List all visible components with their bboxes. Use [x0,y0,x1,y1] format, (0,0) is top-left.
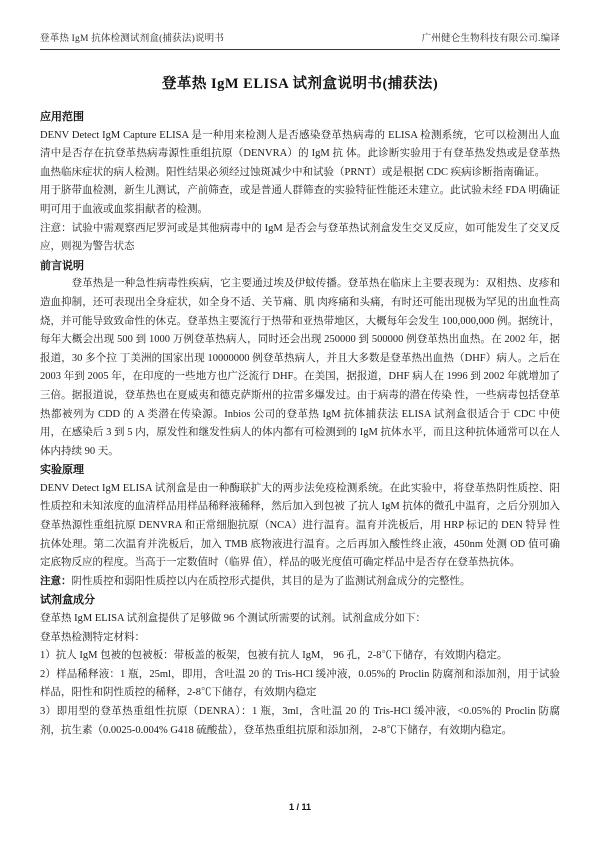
section-application-scope: 应用范围 DENV Detect IgM Capture ELISA 是一种用来… [40,108,560,257]
header-doc-name: 登革热 IgM 抗体检测试剂盒(捕获法)说明书 [40,30,224,44]
document-body: 应用范围 DENV Detect IgM Capture ELISA 是一种用来… [40,108,560,740]
list-item-3: 3）即用型的登革热重组性抗原（DENRA）：1 瓶，3ml，含吐温 20 的 T… [40,703,560,740]
list-item-2: 2）样品稀释液：1 瓶，25ml，即用，含吐温 20 的 Tris-HCl 缓冲… [40,666,560,703]
paragraph: DENV Detect IgM Capture ELISA 是一种用来检测人是否… [40,127,560,183]
page-number: 1 / 11 [289,802,311,812]
paragraph: 登革热检测特定材料： [40,629,560,648]
section-test-principle: 实验原理 DENV Detect IgM ELISA 试剂盒是由一种酶联扩大的两… [40,461,560,591]
list-item-1: 1）抗人 IgM 包被的包被板：带板盖的板架，包被有抗人 IgM， 96 孔，2… [40,647,560,666]
section-heading-test-principle: 实验原理 [40,461,560,480]
document-title: 登革热 IgM ELISA 试剂盒说明书(捕获法) [40,72,560,93]
note-label: 注意： [40,576,72,587]
paragraph: 登革热 IgM ELISA 试剂盒提供了足够做 96 个测试所需要的试剂。试剂盒… [40,610,560,629]
paragraph: DENV Detect IgM ELISA 试剂盒是由一种酶联扩大的两步法免疫检… [40,480,560,573]
section-heading-kit-components: 试剂盒成分 [40,591,560,610]
paragraph: 登革热是一种急性病毒性疾病，它主要通过埃及伊蚊传播。登革热在临床上主要表现为：双… [40,275,560,461]
note-text: 阴性质控和弱阳性质控以内在质控形式提供，其目的是为了监测试剂盒成分的完整性。 [72,576,471,587]
section-heading-foreword: 前言说明 [40,257,560,276]
section-foreword: 前言说明 登革热是一种急性病毒性疾病，它主要通过埃及伊蚊传播。登革热在临床上主要… [40,257,560,462]
header-company-name: 广州健仑生物科技有限公司.编译 [422,30,560,44]
section-kit-components: 试剂盒成分 登革热 IgM ELISA 试剂盒提供了足够做 96 个测试所需要的… [40,591,560,740]
paragraph-note: 注意：试验中需观察西尼罗河或是其他病毒中的 IgM 是否会与登革热试剂盒发生交叉… [40,220,560,257]
section-heading-application-scope: 应用范围 [40,108,560,127]
page-footer: 1 / 11 [0,802,600,812]
paragraph: 用于脐带血检测，新生儿测试，产前筛查，或是普通人群筛查的实验特征性能还未建立。此… [40,182,560,219]
page-header: 登革热 IgM 抗体检测试剂盒(捕获法)说明书 广州健仑生物科技有限公司.编译 [40,0,560,50]
paragraph-note: 注意：阴性质控和弱阳性质控以内在质控形式提供，其目的是为了监测试剂盒成分的完整性… [40,573,560,592]
document-page: 登革热 IgM 抗体检测试剂盒(捕获法)说明书 广州健仑生物科技有限公司.编译 … [0,0,600,850]
